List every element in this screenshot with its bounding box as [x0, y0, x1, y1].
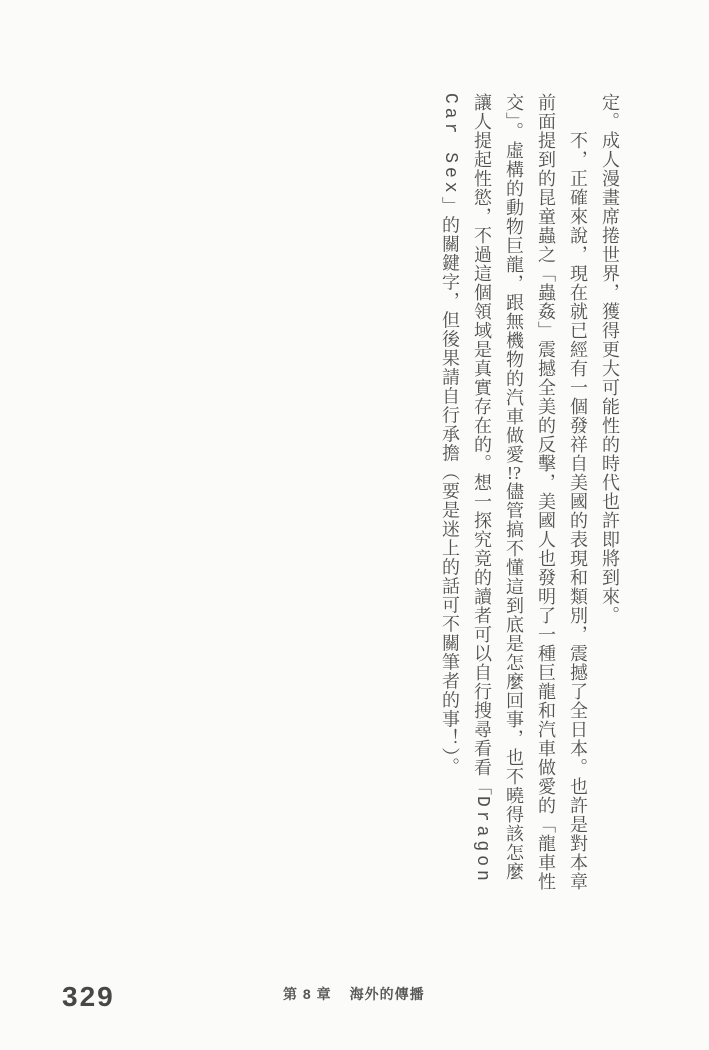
body-text: 定。成人漫畫席捲世界，獲得更大可能性的時代也許即將到來。不，正確來說，現在就已經… — [434, 93, 626, 893]
text-run: 」的關鍵字，但後果請自行承擔（要是迷上的話可不關筆者的事！）。 — [440, 197, 460, 777]
paragraph: 不，正確來說，現在就已經有一個發祥自美國的表現和類別，震撼了全日本。也許是對本章… — [434, 93, 594, 893]
text-run: 定。成人漫畫席捲世界，獲得更大可能性的時代也許即將到來。 — [600, 93, 620, 625]
chapter-label: 第 8 章 — [283, 986, 332, 1002]
paragraph: 定。成人漫畫席捲世界，獲得更大可能性的時代也許即將到來。 — [594, 93, 626, 893]
page-number: 329 — [62, 983, 115, 1011]
running-footer: 第 8 章海外的傳播 — [283, 987, 425, 1001]
text-run: !? — [504, 464, 524, 482]
book-page: 定。成人漫畫席捲世界，獲得更大可能性的時代也許即將到來。不，正確來說，現在就已經… — [0, 0, 709, 1050]
chapter-title: 海外的傳播 — [350, 986, 425, 1002]
